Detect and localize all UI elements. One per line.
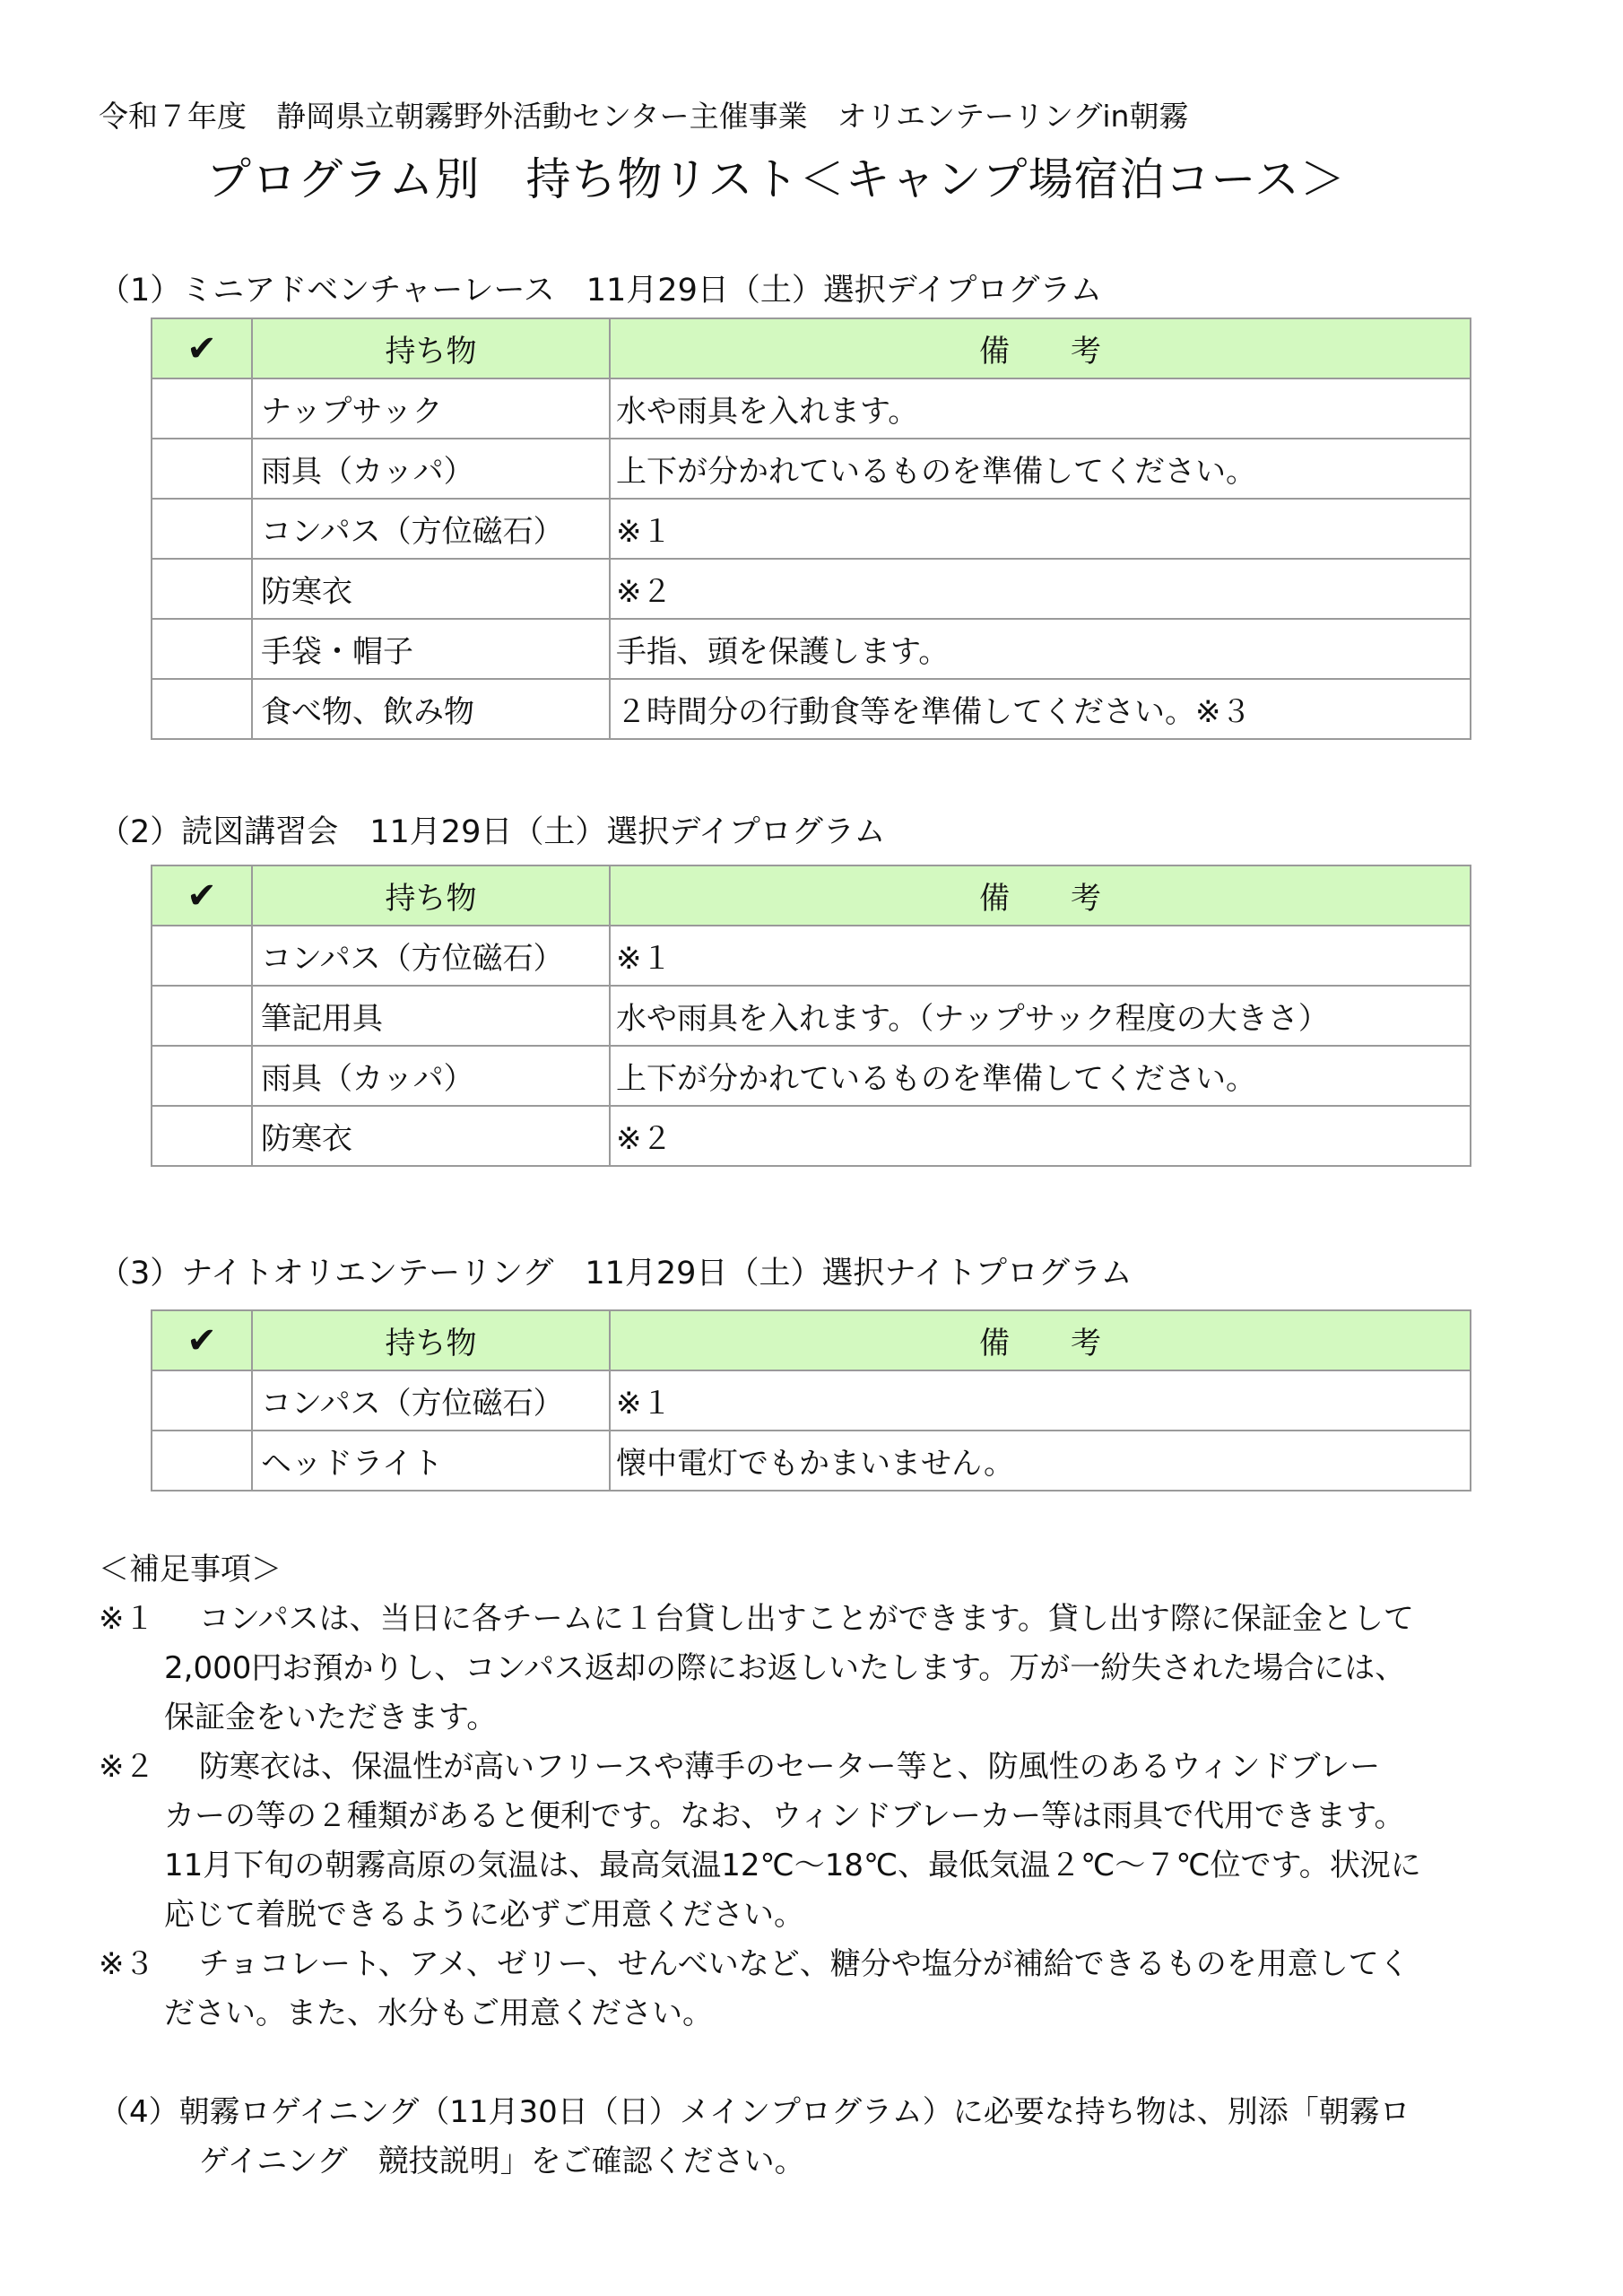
item-cell: コンパス（方位磁石） [252,1370,610,1431]
check-cell[interactable] [152,378,252,439]
note-cell: 懐中電灯でもかまいません。 [610,1431,1471,1491]
table-row: 筆記用具 水や雨具を入れます。（ナップサック程度の大きさ） [152,986,1471,1046]
table-row: コンパス（方位磁石） ※１ [152,926,1471,986]
check-cell[interactable] [152,439,252,499]
note-1-line-1: コンパスは、当日に各チームに１台貸し出すことができます。貸し出す際に保証金として [199,1594,1414,1638]
table-header-row: ✔ 持ち物 備 考 [152,1310,1471,1370]
note-mark-1: ※１ [99,1594,155,1638]
note-3-line-1: チョコレート、アメ、ゼリー、せんべいなど、糖分や塩分が補給できるものを用意してく [199,1939,1410,1983]
note-2-line-3: 11月下旬の朝霧高原の気温は、最高気温12℃～18℃、最低気温２℃～７℃位です。… [164,1840,1421,1884]
column-header-item: 持ち物 [252,1310,610,1370]
check-cell[interactable] [152,1046,252,1106]
note-cell: ２時間分の行動食等を準備してください。※３ [610,679,1471,739]
note-cell: 上下が分かれているものを準備してください。 [610,439,1471,499]
item-cell: 雨具（カッパ） [252,439,610,499]
check-cell[interactable] [152,1370,252,1431]
column-header-note: 備 考 [610,865,1471,926]
table-row: 手袋・帽子 手指、頭を保護します。 [152,619,1471,679]
table-header-row: ✔ 持ち物 備 考 [152,318,1471,378]
check-cell[interactable] [152,499,252,559]
item-cell: ヘッドライト [252,1431,610,1491]
table-row: コンパス（方位磁石） ※１ [152,499,1471,559]
table-row: コンパス（方位磁石） ※１ [152,1370,1471,1431]
section-4-line-1: （4）朝霧ロゲイニング（11月30日（日）メインプログラム）に必要な持ち物は、別… [99,2087,1410,2131]
note-mark-3: ※３ [99,1939,155,1983]
check-cell[interactable] [152,926,252,986]
note-2-line-2: カーの等の２種類があると便利です。なお、ウィンドブレーカー等は雨具で代用できます… [164,1791,1404,1835]
item-cell: コンパス（方位磁石） [252,926,610,986]
column-header-note: 備 考 [610,318,1471,378]
items-table-1: ✔ 持ち物 備 考 ナップサック 水や雨具を入れます。 雨具（カッパ） 上下が分… [151,317,1471,740]
column-header-note: 備 考 [610,1310,1471,1370]
item-cell: ナップサック [252,378,610,439]
note-3-line-2: ださい。また、水分もご用意ください。 [164,1988,713,2032]
table-row: 防寒衣 ※２ [152,559,1471,619]
note-cell: ※２ [610,1106,1471,1166]
note-2-line-4: 応じて着脱できるように必ずご用意ください。 [164,1890,804,1934]
check-cell[interactable] [152,986,252,1046]
check-cell[interactable] [152,679,252,739]
check-cell[interactable] [152,559,252,619]
table-row: 防寒衣 ※２ [152,1106,1471,1166]
note-cell: ※１ [610,499,1471,559]
table-row: 雨具（カッパ） 上下が分かれているものを準備してください。 [152,439,1471,499]
check-cell[interactable] [152,1431,252,1491]
check-cell[interactable] [152,619,252,679]
section-heading-2: （2）読図講習会 11月29日（土）選択デイプログラム [99,807,886,852]
section-heading-1: （1）ミニアドベンチャーレース 11月29日（土）選択デイプログラム [99,265,1102,310]
check-icon: ✔ [152,318,252,378]
column-header-item: 持ち物 [252,318,610,378]
item-cell: 防寒衣 [252,1106,610,1166]
supplementary-heading: ＜補足事項＞ [99,1544,282,1588]
column-header-item: 持ち物 [252,865,610,926]
table-row: ヘッドライト 懐中電灯でもかまいません。 [152,1431,1471,1491]
item-cell: 防寒衣 [252,559,610,619]
item-cell: 筆記用具 [252,986,610,1046]
note-cell: ※１ [610,926,1471,986]
items-table-3: ✔ 持ち物 備 考 コンパス（方位磁石） ※１ ヘッドライト 懐中電灯でもかまい… [151,1309,1471,1492]
item-cell: 雨具（カッパ） [252,1046,610,1106]
note-cell: 上下が分かれているものを準備してください。 [610,1046,1471,1106]
note-2-line-1: 防寒衣は、保温性が高いフリースや薄手のセーター等と、防風性のあるウィンドブレー [199,1742,1380,1786]
organizer-line: 令和７年度 静岡県立朝霧野外活動センター主催事業 オリエンテーリングin朝霧 [99,93,1188,135]
table-row: 食べ物、飲み物 ２時間分の行動食等を準備してください。※３ [152,679,1471,739]
note-1-line-2: 2,000円お預かりし、コンパス返却の際にお返しいたします。万が一紛失された場合… [164,1643,1405,1687]
check-icon: ✔ [152,1310,252,1370]
table-row: ナップサック 水や雨具を入れます。 [152,378,1471,439]
note-cell: ※１ [610,1370,1471,1431]
note-cell: 手指、頭を保護します。 [610,619,1471,679]
item-cell: コンパス（方位磁石） [252,499,610,559]
item-cell: 手袋・帽子 [252,619,610,679]
item-cell: 食べ物、飲み物 [252,679,610,739]
page-title: プログラム別 持ち物リスト＜キャンプ場宿泊コース＞ [206,143,1346,208]
note-cell: 水や雨具を入れます。 [610,378,1471,439]
section-heading-3: （3）ナイトオリエンテーリング 11月29日（土）選択ナイトプログラム [99,1248,1133,1293]
note-cell: ※２ [610,559,1471,619]
table-row: 雨具（カッパ） 上下が分かれているものを準備してください。 [152,1046,1471,1106]
table-header-row: ✔ 持ち物 備 考 [152,865,1471,926]
note-mark-2: ※２ [99,1742,155,1786]
note-1-line-3: 保証金をいただきます。 [164,1692,497,1736]
note-cell: 水や雨具を入れます。（ナップサック程度の大きさ） [610,986,1471,1046]
check-cell[interactable] [152,1106,252,1166]
section-4-line-2: ゲイニング 競技説明」をご確認ください。 [199,2136,805,2180]
items-table-2: ✔ 持ち物 備 考 コンパス（方位磁石） ※１ 筆記用具 水や雨具を入れます。（… [151,865,1471,1167]
check-icon: ✔ [152,865,252,926]
